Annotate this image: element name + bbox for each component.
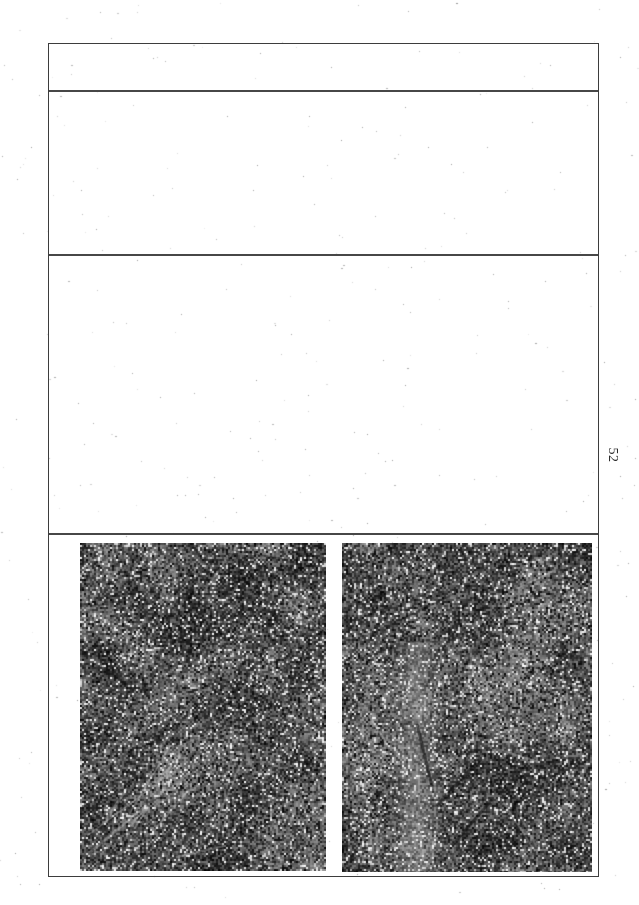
micrograph-photo-left: [80, 543, 326, 871]
table-cell-row2: [49, 92, 598, 254]
page-number: 52: [603, 444, 621, 466]
scanned-document-page: { "page": { "number": "52" }, "colors": …: [0, 0, 639, 905]
table-header-cell: [49, 44, 598, 90]
table-cell-row3: [49, 256, 598, 533]
micrograph-photo-right: [342, 543, 592, 872]
